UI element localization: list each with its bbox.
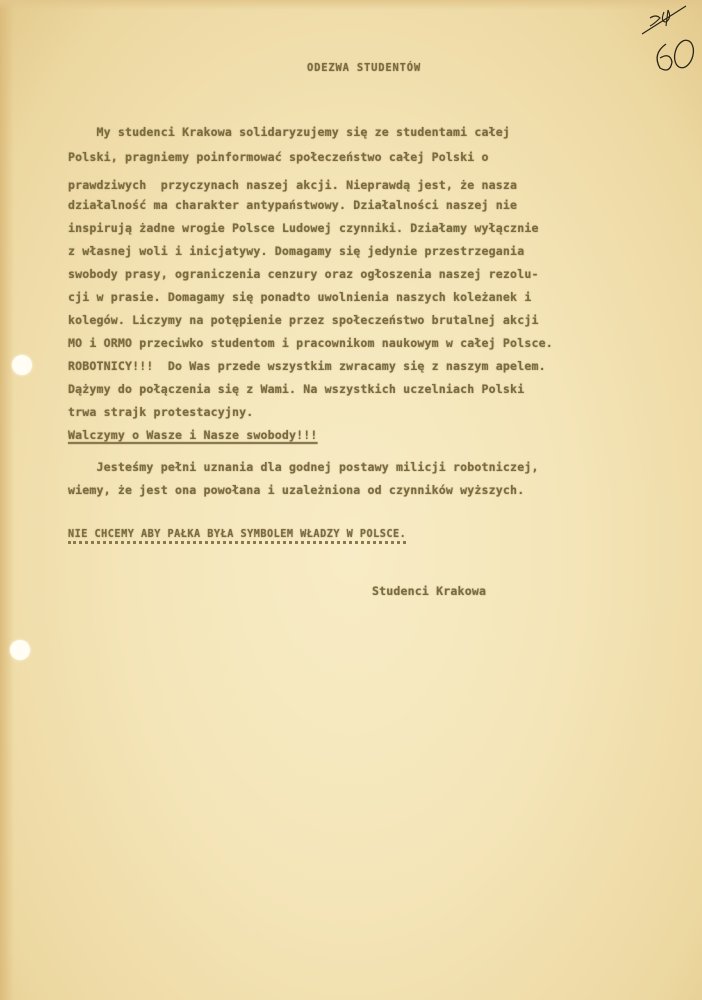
paper-edge-shadow bbox=[0, 0, 14, 1000]
signature: Studenci Krakowa bbox=[372, 584, 486, 598]
slogan: NIE CHCEMY ABY PAŁKA BYŁA SYMBOLEM WŁADZ… bbox=[68, 529, 406, 544]
paper-edge-shadow-top bbox=[0, 0, 702, 10]
body-line: Polski, pragniemy poinformować społeczeń… bbox=[68, 150, 489, 164]
body-line: My studenci Krakowa solidaryzujemy się z… bbox=[68, 125, 510, 139]
body-line: z własnej woli i inicjatywy. Domagamy si… bbox=[68, 244, 524, 258]
body-line: Jesteśmy pełni uznania dla godnej postaw… bbox=[68, 460, 539, 474]
handwritten-number-icon bbox=[636, 4, 700, 76]
body-line: inspirują żadne wrogie Polsce Ludowej cz… bbox=[68, 221, 539, 235]
body-line: prawdziwych przyczynach naszej akcji. Ni… bbox=[68, 178, 517, 192]
document-page: ODEZWA STUDENTÓW My studenci Krakowa sol… bbox=[0, 0, 702, 1000]
body-line: Dążymy do połączenia się z Wami. Na wszy… bbox=[68, 382, 524, 396]
body-line: trwa strajk protestacyjny. bbox=[68, 405, 253, 419]
body-line: kolegów. Liczymy na potępienie przez spo… bbox=[68, 313, 539, 327]
handwritten-archive-number bbox=[636, 4, 700, 76]
body-line: ROBOTNICY!!! Do Was przede wszystkim zwr… bbox=[68, 359, 546, 373]
body-line: MO i ORMO przeciwko studentom i pracowni… bbox=[68, 336, 553, 350]
body-line: swobody prasy, ograniczenia cenzury oraz… bbox=[68, 267, 539, 281]
document-title: ODEZWA STUDENTÓW bbox=[307, 62, 421, 74]
punch-hole bbox=[12, 355, 32, 375]
punch-hole bbox=[10, 640, 30, 660]
underlined-line: Walczymy o Wasze i Nasze swobody!!! bbox=[68, 428, 318, 442]
body-line: działalność ma charakter antypaństwowy. … bbox=[68, 198, 517, 212]
body-line: wiemy, że jest ona powołana i uzależnion… bbox=[68, 483, 524, 497]
body-line: cji w prasie. Domagamy się ponadto uwoln… bbox=[68, 290, 531, 304]
